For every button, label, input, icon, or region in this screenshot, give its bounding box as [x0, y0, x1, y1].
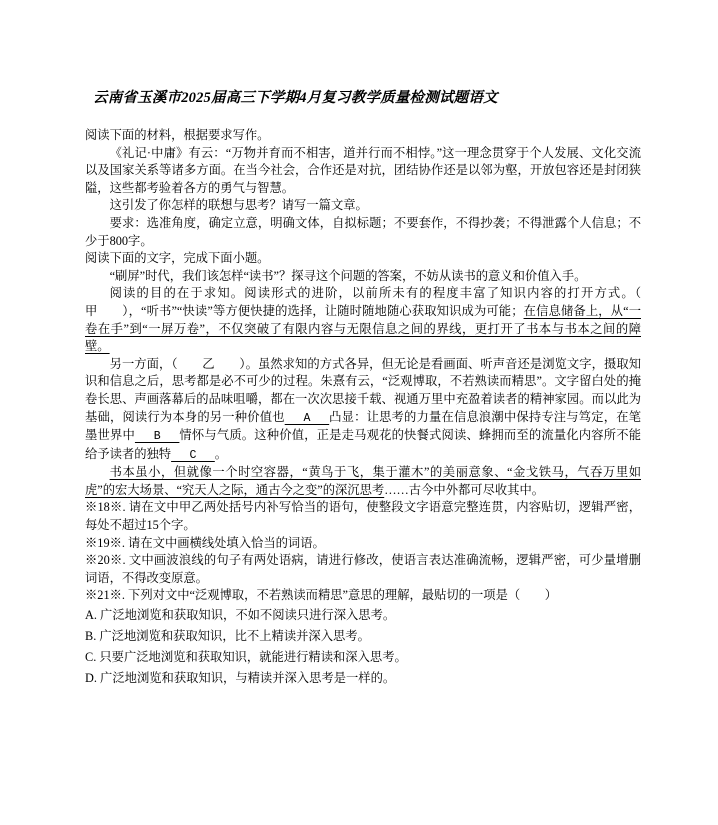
blank-b: B — [135, 430, 179, 443]
question-21-number: ※21※. — [85, 588, 125, 602]
question-21: ※21※. 下列对文中“泛观博取，不若熟读而精思”意思的理解，最贴切的一项是（ … — [85, 587, 641, 605]
question-19: ※19※. 请在文中画横线处填入恰当的词语。 — [85, 535, 641, 553]
question-18-text: 请在文中甲乙两处括号内补写恰当的语句，使整段文字语意完整连贯，内容贴切，逻辑严密… — [85, 500, 641, 532]
paragraph-4-text: ……古今中外都可尽收其中。 — [384, 483, 544, 497]
option-b-text: 广泛地浏览和获取知识，比不上精读并深入思考。 — [99, 629, 370, 643]
question-20-number: ※20※. — [85, 553, 126, 567]
document-page: 云南省玉溪市2025届高三下学期4月复习教学质量检测试题语文 阅读下面的材料，根… — [0, 0, 718, 825]
paragraph-3-text-4: 。 — [215, 447, 227, 461]
essay-section: 阅读下面的材料，根据要求写作。 《礼记·中庸》有云：“万物并育而不相害，道并行而… — [85, 127, 641, 250]
option-b-label: B. — [85, 629, 96, 643]
reading-paragraph-4: 书本虽小，但就像一个时空容器，“黄鸟于飞，集于灌木”的美丽意象、“金戈铁马，气吞… — [85, 464, 641, 499]
questions-section: ※18※. 请在文中甲乙两处括号内补写恰当的语句，使整段文字语意完整连贯，内容贴… — [85, 499, 641, 605]
page-title: 云南省玉溪市2025届高三下学期4月复习教学质量检测试题语文 — [93, 86, 641, 107]
option-d-text: 广泛地浏览和获取知识，与精读并深入思考是一样的。 — [100, 671, 395, 685]
option-a: A. 广泛地浏览和获取知识，不如不阅读只进行深入思考。 — [85, 605, 641, 626]
option-d-label: D. — [85, 671, 97, 685]
question-19-text: 请在文中画横线处填入恰当的词语。 — [128, 536, 325, 550]
reading-paragraph-1: “刷屏”时代，我们该怎样“读书”？探寻这个问题的答案，不妨从读书的意义和价值入手… — [85, 268, 641, 286]
blank-c: C — [171, 449, 215, 462]
question-19-number: ※19※. — [85, 536, 125, 550]
option-c: C. 只要广泛地浏览和获取知识，就能进行精读和深入思考。 — [85, 647, 641, 668]
option-c-label: C. — [85, 650, 96, 664]
essay-prompt: 这引发了你怎样的联想与思考？请写一篇文章。 — [85, 197, 641, 215]
question-20: ※20※. 文中画波浪线的句子有两处语病，请进行修改，使语言表达准确流畅，逻辑严… — [85, 552, 641, 587]
reading-paragraph-3: 另一方面，（ 乙 ）。虽然求知的方式各异，但无论是看画面、听声音还是浏览文字，摄… — [85, 356, 641, 465]
question-21-text: 下列对文中“泛观博取，不若熟读而精思”意思的理解，最贴切的一项是（ ） — [128, 588, 557, 602]
reading-paragraph-2: 阅读的目的在于求知。阅读形式的进阶，以前所未有的程度丰富了知识内容的打开方式。（… — [85, 285, 641, 355]
option-b: B. 广泛地浏览和获取知识，比不上精读并深入思考。 — [85, 626, 641, 647]
question-18-number: ※18※. — [85, 500, 126, 514]
question-18: ※18※. 请在文中甲乙两处括号内补写恰当的语句，使整段文字语意完整连贯，内容贴… — [85, 499, 641, 534]
option-a-text: 广泛地浏览和获取知识，不如不阅读只进行深入思考。 — [100, 608, 395, 622]
reading-intro: 阅读下面的文字，完成下面小题。 — [85, 250, 641, 268]
blank-a: A — [285, 412, 329, 425]
document-content: 云南省玉溪市2025届高三下学期4月复习教学质量检测试题语文 阅读下面的材料，根… — [85, 86, 641, 689]
essay-intro: 阅读下面的材料，根据要求写作。 — [85, 127, 641, 145]
option-d: D. 广泛地浏览和获取知识，与精读并深入思考是一样的。 — [85, 668, 641, 689]
essay-material: 《礼记·中庸》有云：“万物并育而不相害，道并行而不相悖。”这一理念贯穿于个人发展… — [85, 145, 641, 198]
reading-section: 阅读下面的文字，完成下面小题。 “刷屏”时代，我们该怎样“读书”？探寻这个问题的… — [85, 250, 641, 499]
option-c-text: 只要广泛地浏览和获取知识，就能进行精读和深入思考。 — [99, 650, 406, 664]
underlined-sentence-2: 书本虽小，但就像一个时空容器，“黄鸟于飞，集于灌木”的美丽意象、“金戈铁马，气吞… — [85, 465, 641, 497]
option-a-label: A. — [85, 608, 97, 622]
options-section: A. 广泛地浏览和获取知识，不如不阅读只进行深入思考。 B. 广泛地浏览和获取知… — [85, 605, 641, 689]
question-20-text: 文中画波浪线的句子有两处语病，请进行修改，使语言表达准确流畅，逻辑严密，可少量增… — [85, 553, 641, 585]
essay-requirements: 要求：选准角度，确定立意，明确文体，自拟标题；不要套作，不得抄袭；不得泄露个人信… — [85, 215, 641, 250]
